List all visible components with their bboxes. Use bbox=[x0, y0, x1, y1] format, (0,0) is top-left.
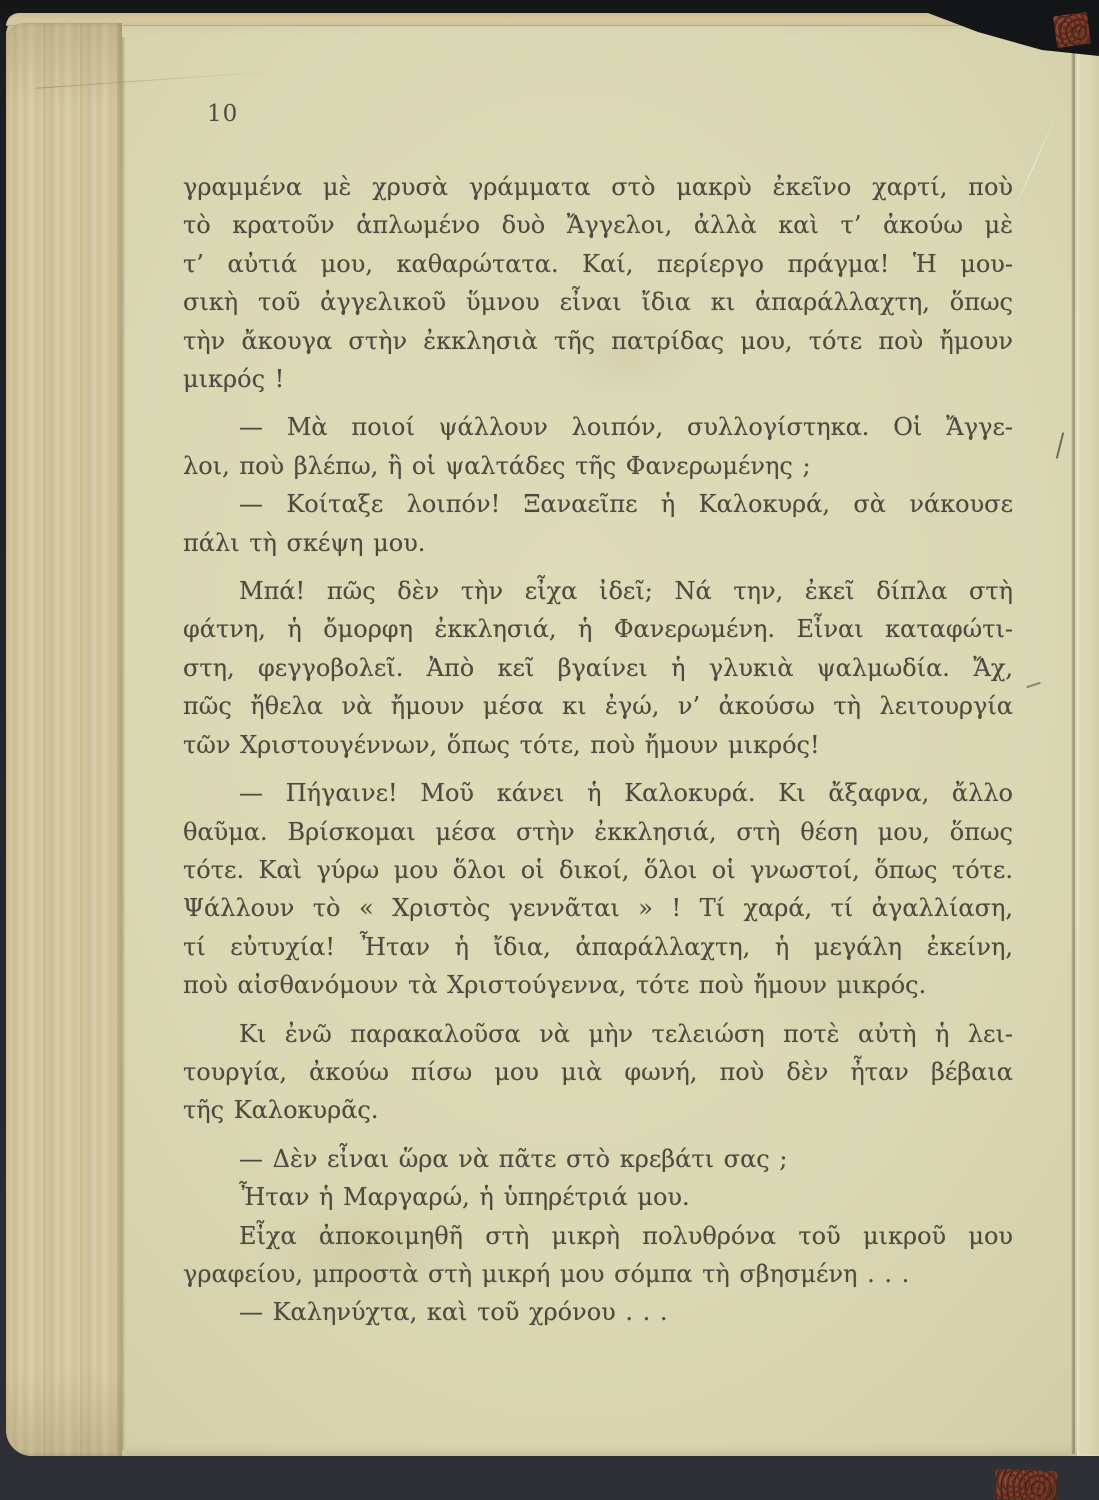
text-line: — Πήγαινε! Μοῦ κάνει ἡ Καλοκυρά. Κι ἄξαφ… bbox=[183, 774, 1013, 812]
text-line: Ψάλλουν τὸ « Χριστὸς γεννᾶται » ! Τί χαρ… bbox=[183, 889, 1013, 927]
paragraph: — Μὰ ποιοί ψάλλουν λοιπόν, συλλογίστηκα.… bbox=[183, 408, 1013, 485]
text-line: τ’ αὐτιά μου, καθαρώτατα. Καί, περίεργο … bbox=[183, 245, 1013, 283]
paragraph: Κι ἐνῶ παρακαλοῦσα νὰ μὴν τελειώση ποτὲ … bbox=[183, 1015, 1013, 1130]
text-line: γραφείου, μπροστὰ στὴ μικρή μου σόμπα τὴ… bbox=[183, 1255, 1013, 1293]
marbled-cover-fragment-top bbox=[1053, 12, 1091, 48]
text-block: γραμμένα μὲ χρυσὰ γράμματα στὸ μακρὺ ἐκε… bbox=[183, 168, 1013, 1332]
paragraph: γραμμένα μὲ χρυσὰ γράμματα στὸ μακρὺ ἐκε… bbox=[183, 168, 1013, 398]
text-line: θαῦμα. Βρίσκομαι μέσα στὴν ἐκκλησιά, στὴ… bbox=[183, 813, 1013, 851]
paragraph: Μπά! πῶς δὲν τὴν εἶχα ἰδεῖ; Νά την, ἐκεῖ… bbox=[183, 572, 1013, 764]
text-line: Ἦταν ἡ Μαργαρώ, ἡ ὑπηρέτριά μου. bbox=[183, 1178, 1013, 1216]
text-line: τότε. Καὶ γύρω μου ὅλοι οἱ δικοί, ὅλοι ο… bbox=[183, 851, 1013, 889]
next-page-edge bbox=[1077, 39, 1099, 1456]
text-line: τὴν ἄκουγα στὴν ἐκκλησιὰ τῆς πατρίδας μο… bbox=[183, 322, 1013, 360]
text-line: τὸ κρατοῦν ἁπλωμένο δυὸ Ἄγγελοι, ἀλλὰ κα… bbox=[183, 206, 1013, 244]
text-line: — Δὲν εἶναι ὥρα νὰ πᾶτε στὸ κρεβάτι σας … bbox=[183, 1140, 1013, 1178]
text-line: φάτνη, ἡ ὄμορφη ἐκκλησιά, ἡ Φανερωμένη. … bbox=[183, 610, 1013, 648]
text-line: Εἶχα ἀποκοιμηθῆ στὴ μικρὴ πολυθρόνα τοῦ … bbox=[183, 1217, 1013, 1255]
paragraph: — Κοίταξε λοιπόν! Ξαναεῖπε ἡ Καλοκυρά, σ… bbox=[183, 485, 1013, 562]
paragraph: — Δὲν εἶναι ὥρα νὰ πᾶτε στὸ κρεβάτι σας … bbox=[183, 1140, 1013, 1178]
gutter-crease bbox=[122, 37, 126, 1450]
text-line: μικρός ! bbox=[183, 360, 1013, 398]
paragraph: — Καληνύχτα, καὶ τοῦ χρόνου . . . bbox=[183, 1293, 1013, 1331]
marbled-cover-fragment-bottom bbox=[994, 1469, 1057, 1500]
paragraph: Ἦταν ἡ Μαργαρώ, ἡ ὑπηρέτριά μου. bbox=[183, 1178, 1013, 1216]
text-line: τῆς Καλοκυρᾶς. bbox=[183, 1091, 1013, 1129]
right-fold-line bbox=[1071, 43, 1075, 1454]
text-line: σικὴ τοῦ ἀγγελικοῦ ὕμνου εἶναι ἴδια κι ἀ… bbox=[183, 283, 1013, 321]
text-line: Μπά! πῶς δὲν τὴν εἶχα ἰδεῖ; Νά την, ἐκεῖ… bbox=[183, 572, 1013, 610]
paragraph: — Πήγαινε! Μοῦ κάνει ἡ Καλοκυρά. Κι ἄξαφ… bbox=[183, 774, 1013, 1004]
text-line: — Κοίταξε λοιπόν! Ξαναεῖπε ἡ Καλοκυρά, σ… bbox=[183, 485, 1013, 523]
text-line: — Μὰ ποιοί ψάλλουν λοιπόν, συλλογίστηκα.… bbox=[183, 408, 1013, 446]
paragraph: Εἶχα ἀποκοιμηθῆ στὴ μικρὴ πολυθρόνα τοῦ … bbox=[183, 1217, 1013, 1294]
text-line: τουργία, ἀκούω πίσω μου μιὰ φωνή, ποὺ δὲ… bbox=[183, 1053, 1013, 1091]
page-stack-fore-edges bbox=[6, 23, 122, 1456]
scanned-book-photo: 10 γραμμένα μὲ χρυσὰ γράμματα στὸ μακρὺ … bbox=[0, 0, 1099, 1500]
text-line: γραμμένα μὲ χρυσὰ γράμματα στὸ μακρὺ ἐκε… bbox=[183, 168, 1013, 206]
text-line: — Καληνύχτα, καὶ τοῦ χρόνου . . . bbox=[183, 1293, 1013, 1331]
page-number: 10 bbox=[207, 101, 238, 127]
text-line: τῶν Χριστουγέννων, ὅπως τότε, ποὺ ἤμουν … bbox=[183, 726, 1013, 764]
surface-scratch bbox=[1012, 114, 1058, 215]
text-line: ποὺ αἰσθανόμουν τὰ Χριστούγεννα, τότε πο… bbox=[183, 966, 1013, 1004]
text-line: στη, φεγγοβολεῖ. Ἀπὸ κεῖ βγαίνει ἡ γλυκι… bbox=[183, 649, 1013, 687]
text-line: πῶς ἤθελα νὰ ἤμουν μέσα κι ἐγώ, ν’ ἀκούσ… bbox=[183, 687, 1013, 725]
text-line: τί εὐτυχία! Ἦταν ἡ ἴδια, ἀπαράλλαχτη, ἡ … bbox=[183, 928, 1013, 966]
text-line: Κι ἐνῶ παρακαλοῦσα νὰ μὴν τελειώση ποτὲ … bbox=[183, 1015, 1013, 1053]
text-line: πάλι τὴ σκέψη μου. bbox=[183, 524, 1013, 562]
text-line: λοι, ποὺ βλέπω, ἢ οἱ ψαλτάδες τῆς Φανερω… bbox=[183, 447, 1013, 485]
